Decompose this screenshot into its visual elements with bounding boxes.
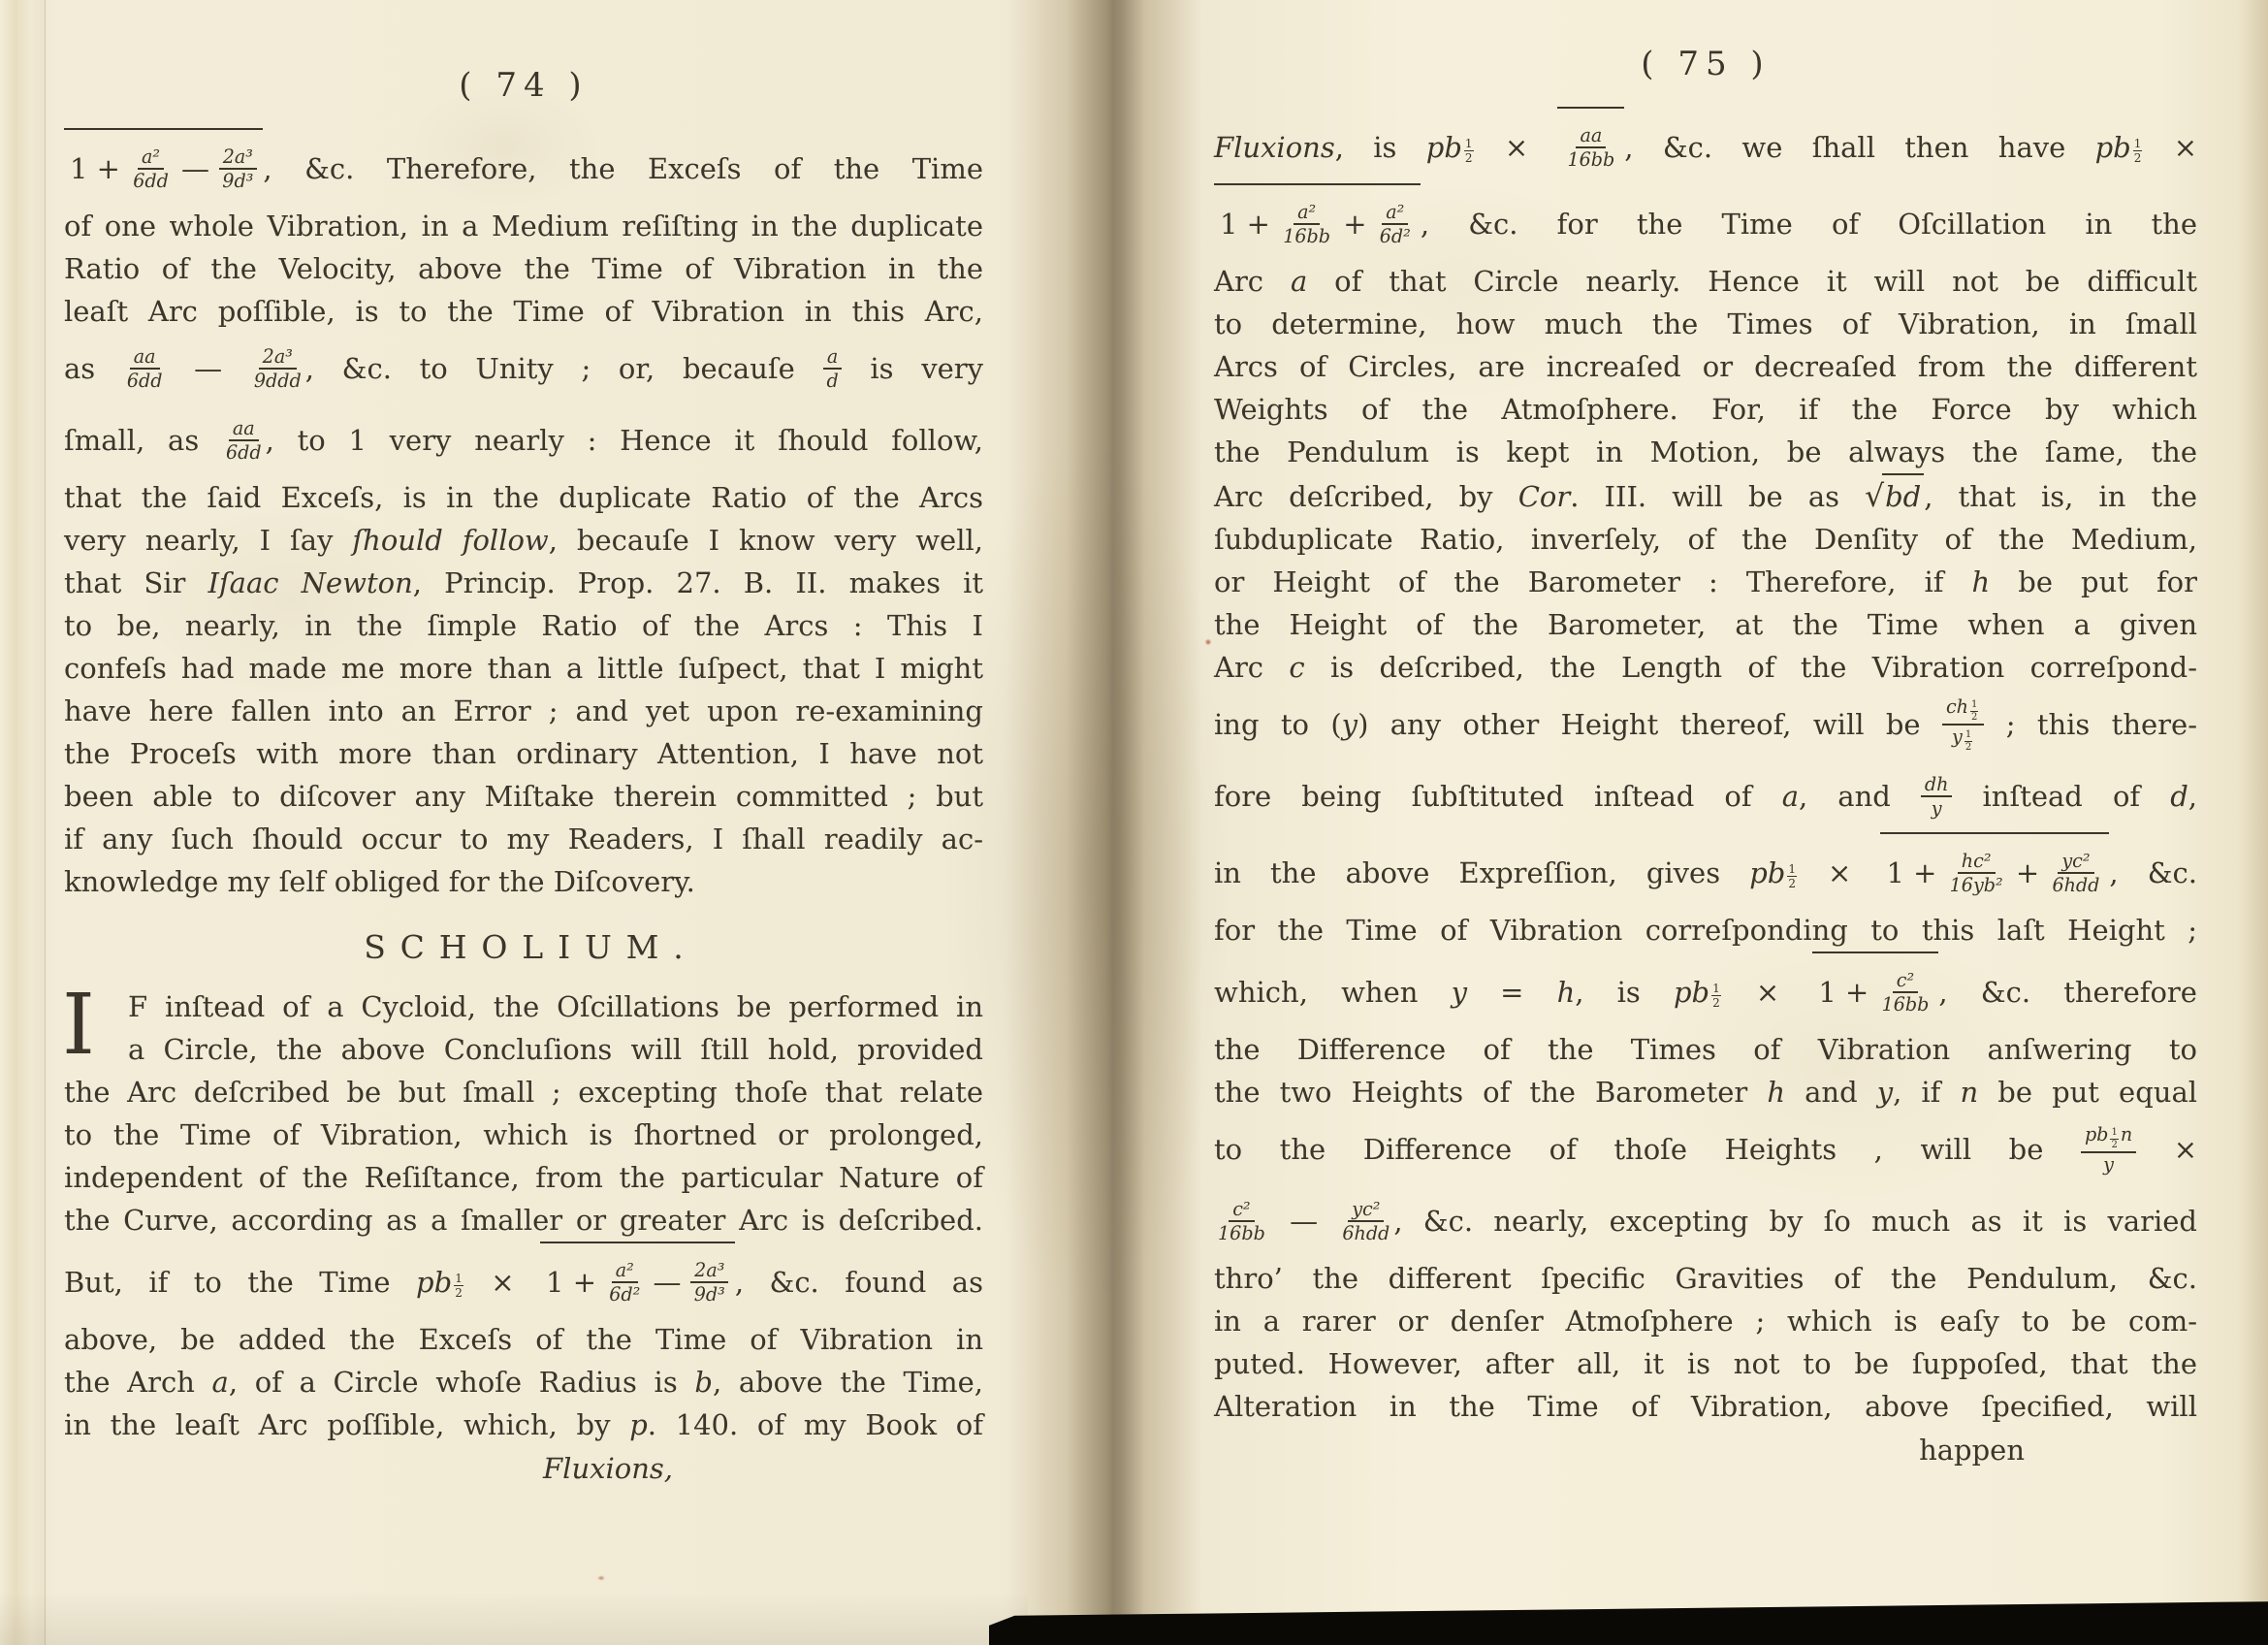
text-line: the Height of the Barometer, at the Time… bbox=[1214, 603, 2197, 646]
text-line: Weights of the Atmoſphere. For, if the F… bbox=[1214, 388, 2197, 431]
catchword-right: happen bbox=[1214, 1428, 2197, 1472]
fraction-denominator: 16bb bbox=[1214, 1222, 1269, 1243]
italic-text: y bbox=[1342, 708, 1358, 741]
overline-group: 1 + c²16bb bbox=[1812, 952, 1938, 1028]
italic-text: 9ddd bbox=[254, 370, 302, 392]
italic-text: Iſaac Newton bbox=[208, 566, 412, 599]
text-span: 1 bbox=[1970, 700, 1978, 712]
text-line: that Sir Iſaac Newton, Princip. Prop. 27… bbox=[64, 562, 983, 604]
text-line: F inſtead of a Cycloid, the Oſcillations… bbox=[64, 985, 983, 1028]
fraction: aa6dd bbox=[123, 346, 167, 392]
text-line: to determine, how much the Times of Vibr… bbox=[1214, 303, 2197, 345]
fraction-numerator: 2a³ bbox=[219, 146, 257, 170]
text-line: to the Time of Vibration, which is ſhort… bbox=[64, 1113, 983, 1156]
italic-text: b bbox=[694, 1366, 713, 1399]
fraction: a²6d² bbox=[605, 1260, 644, 1306]
overline-group: 1 + hc²16yb² + yc²6hdd bbox=[1880, 832, 2109, 909]
fraction: yc²6hdd bbox=[2048, 851, 2103, 896]
text-line: have here fallen into an Error ; and yet… bbox=[64, 690, 983, 732]
italic-text: pb bbox=[2095, 131, 2131, 164]
exponent-one-half: 12 bbox=[2133, 138, 2143, 164]
italic-text: 16bb bbox=[1882, 993, 1930, 1016]
paragraph-main-right: Fluxions, is pb12 × aa16bb, &c. we ſhall… bbox=[1214, 107, 2197, 1428]
fraction: a²6d² bbox=[1376, 202, 1415, 247]
italic-text: 16bb bbox=[1567, 148, 1614, 171]
page-number-right: ( 75 ) bbox=[1214, 45, 2197, 83]
fraction-numerator: 2a³ bbox=[259, 346, 297, 370]
overline-group: aa16bb bbox=[1557, 107, 1624, 183]
italic-text: Cor bbox=[1518, 480, 1571, 513]
italic-text: 6dd bbox=[133, 170, 169, 192]
italic-text: h bbox=[1557, 976, 1576, 1009]
text-line: Arc deſcribed, by Cor. III. will be as √… bbox=[1214, 473, 2197, 518]
fraction-numerator: dh bbox=[1921, 774, 1953, 797]
square-root: √bd bbox=[1865, 480, 1924, 513]
page-74: ( 74 ) 1 + a²6dd — 2a³9d³, &c. Therefore… bbox=[64, 66, 983, 1491]
text-line: ing to (y) any other Height thereof, wil… bbox=[1214, 689, 2197, 760]
fraction-numerator: c² bbox=[1229, 1199, 1254, 1222]
text-line: in the leaſt Arc poſſible, which, by p. … bbox=[64, 1403, 983, 1446]
text-line: a Circle, the above Concluſions will ſti… bbox=[64, 1028, 983, 1071]
italic-text: d bbox=[2170, 780, 2188, 813]
text-span: 1 bbox=[1787, 863, 1797, 877]
text-line: been able to diſcover any Miſtake therei… bbox=[64, 775, 983, 818]
fraction: ad bbox=[822, 346, 842, 392]
italic-text: aa bbox=[134, 345, 156, 368]
fraction-numerator: ch12 bbox=[1942, 696, 1984, 726]
text-line: the Arch a, of a Circle whoſe Radius is … bbox=[64, 1361, 983, 1403]
italic-text: 2a³ bbox=[694, 1259, 724, 1281]
italic-text: h bbox=[1767, 1076, 1785, 1109]
text-line: the Difference of the Times of Vibration… bbox=[1214, 1028, 2197, 1071]
text-line: which, when y = h, is pb12 × 1 + c²16bb,… bbox=[1214, 952, 2197, 1028]
italic-text: y bbox=[1877, 1076, 1893, 1109]
fraction: ch12y12 bbox=[1942, 696, 1984, 753]
italic-text: bd bbox=[1885, 480, 1921, 513]
fraction-denominator: 6dd bbox=[123, 370, 167, 391]
text-line: ſmall, as aa6dd, to 1 very nearly : Henc… bbox=[64, 404, 983, 476]
text-span: 2 bbox=[1971, 712, 1977, 723]
text-span: 2 bbox=[1712, 996, 1720, 1009]
italic-text: pb bbox=[2085, 1123, 2109, 1145]
text-span: 1 bbox=[454, 1273, 463, 1286]
text-line: Alteration in the Time of Vibration, abo… bbox=[1214, 1385, 2197, 1428]
page-number-left: ( 74 ) bbox=[64, 66, 983, 105]
fraction-numerator: hc² bbox=[1958, 851, 1996, 874]
fraction-numerator: a² bbox=[1294, 202, 1320, 225]
italic-text: c² bbox=[1232, 1198, 1250, 1220]
italic-text: y bbox=[2103, 1153, 2114, 1176]
italic-text: yc² bbox=[2061, 850, 2090, 872]
fraction-denominator: 16bb bbox=[1563, 148, 1618, 170]
scholium-lines: F inſtead of a Cycloid, the Oſcillations… bbox=[64, 985, 983, 1446]
italic-text: 16yb² bbox=[1950, 874, 2003, 896]
fraction: hc²16yb² bbox=[1946, 851, 2007, 896]
italic-text: a bbox=[1291, 265, 1307, 298]
fraction-denominator: y12 bbox=[1948, 726, 1978, 753]
fraction: aa16bb bbox=[1563, 125, 1618, 171]
text-span: 1 bbox=[1464, 138, 1474, 151]
italic-text: aa bbox=[233, 417, 255, 439]
italic-text: c bbox=[1289, 651, 1304, 684]
scholium-paragraph: I F inſtead of a Cycloid, the Oſcillatio… bbox=[64, 985, 983, 1446]
italic-text: 6hdd bbox=[1342, 1222, 1390, 1244]
fraction-numerator: c² bbox=[1893, 970, 1918, 993]
text-line: to the Difference of thoſe Heights , wil… bbox=[1214, 1113, 2197, 1185]
catchword-left: Fluxions, bbox=[64, 1446, 983, 1491]
text-span: 2 bbox=[2134, 151, 2142, 164]
italic-text: 2a³ bbox=[263, 345, 293, 368]
scholium-heading: SCHOLIUM. bbox=[64, 928, 983, 966]
italic-text: 9d³ bbox=[694, 1283, 725, 1306]
text-line: Fluxions, is pb12 × aa16bb, &c. we ſhall… bbox=[1214, 107, 2197, 183]
radical-sign: √ bbox=[1865, 479, 1884, 514]
exponent-one-half: 12 bbox=[1464, 138, 1474, 164]
text-line: above, be added the Exceſs of the Time o… bbox=[64, 1318, 983, 1361]
drop-cap: I bbox=[62, 989, 95, 1061]
fraction-denominator: 6dd bbox=[222, 441, 266, 463]
italic-text: 6d² bbox=[1380, 225, 1411, 247]
text-line: 1 + a²6dd — 2a³9d³, &c. Therefore, the E… bbox=[64, 128, 983, 205]
text-line: c²16bb — yc²6hdd, &c. nearly, excepting … bbox=[1214, 1185, 2197, 1257]
text-line: leaſt Arc poſſible, is to the Time of Vi… bbox=[64, 290, 983, 333]
italic-text: pb bbox=[416, 1266, 452, 1299]
italic-text: a bbox=[212, 1366, 229, 1399]
fraction-denominator: 9d³ bbox=[218, 170, 257, 191]
italic-text: 16bb bbox=[1218, 1222, 1265, 1244]
text-line: or Height of the Barometer : Therefore, … bbox=[1214, 561, 2197, 603]
italic-text: ſhould follow bbox=[352, 524, 548, 557]
text-line: confeſs had made me more than a little ſ… bbox=[64, 647, 983, 690]
overline-group: 1 + a²6dd — 2a³9d³ bbox=[64, 128, 263, 205]
text-line: Arc c is deſcribed, the Length of the Vi… bbox=[1214, 646, 2197, 689]
italic-text: y bbox=[1452, 976, 1467, 1009]
fraction-denominator: 9ddd bbox=[250, 370, 305, 391]
italic-text: Fluxions bbox=[1214, 131, 1335, 164]
fraction: 2a³9d³ bbox=[690, 1260, 729, 1306]
fraction-numerator: aa bbox=[229, 418, 259, 441]
fraction-denominator: 16bb bbox=[1878, 993, 1933, 1015]
book-scan: ( 74 ) 1 + a²6dd — 2a³9d³, &c. Therefore… bbox=[0, 0, 2268, 1645]
page-edge-left bbox=[0, 0, 46, 1645]
italic-text: dh bbox=[1925, 773, 1949, 795]
text-line: Arcs of Circles, are increaſed or decrea… bbox=[1214, 345, 2197, 388]
fraction-numerator: a bbox=[823, 346, 842, 370]
text-line: in a rarer or denſer Atmoſphere ; which … bbox=[1214, 1300, 2197, 1342]
fraction-denominator: d bbox=[822, 370, 842, 391]
text-span: 1 bbox=[1965, 730, 1972, 742]
exponent-one-half: 12 bbox=[1965, 730, 1972, 753]
bottom-shadow bbox=[0, 1592, 1028, 1645]
italic-text: y bbox=[1952, 726, 1963, 748]
fraction-denominator: y bbox=[1928, 797, 1946, 819]
italic-text: 16bb bbox=[1283, 225, 1330, 247]
text-line: independent of the Reſiſtance, from the … bbox=[64, 1156, 983, 1199]
fraction: yc²6hdd bbox=[1338, 1199, 1393, 1244]
fraction: dhy bbox=[1921, 774, 1953, 820]
italic-text: 6d² bbox=[609, 1283, 640, 1306]
italic-text: 6dd bbox=[226, 441, 262, 464]
text-line: fore being ſubſtituted inſtead of a, and… bbox=[1214, 760, 2197, 832]
italic-text: p bbox=[629, 1408, 648, 1441]
italic-text: 6dd bbox=[127, 370, 163, 392]
text-line: as aa6dd — 2a³9ddd, &c. to Unity ; or, b… bbox=[64, 333, 983, 404]
fraction-denominator: 6d² bbox=[605, 1283, 644, 1305]
exponent-one-half: 12 bbox=[1711, 983, 1721, 1009]
text-line: knowledge my ſelf obliged for the Diſcov… bbox=[64, 860, 983, 903]
fraction-numerator: pb12n bbox=[2081, 1124, 2136, 1153]
text-line: thro’ the different ſpecific Gravities o… bbox=[1214, 1257, 2197, 1300]
italic-text: a² bbox=[616, 1259, 634, 1281]
text-span: 2 bbox=[1465, 151, 1473, 164]
fraction-denominator: 9d³ bbox=[690, 1283, 729, 1305]
fraction-numerator: aa bbox=[130, 346, 160, 370]
italic-text: a² bbox=[142, 145, 160, 168]
text-line: that the ſaid Exceſs, is in the duplicat… bbox=[64, 476, 983, 519]
fraction-denominator: 6hdd bbox=[2048, 874, 2103, 895]
fraction-numerator: 2a³ bbox=[690, 1260, 728, 1283]
text-span: 2 bbox=[1965, 742, 1971, 753]
italic-text: a² bbox=[1297, 201, 1316, 223]
fraction: a²16bb bbox=[1279, 202, 1334, 247]
fraction-denominator: 16yb² bbox=[1946, 874, 2007, 895]
text-line: the Arc deſcribed be but ſmall ; excepti… bbox=[64, 1071, 983, 1113]
text-line: the two Heights of the Barometer h and y… bbox=[1214, 1071, 2197, 1113]
text-line: for the Time of Vibration correſponding … bbox=[1214, 909, 2197, 952]
text-line: puted. However, after all, it is not to … bbox=[1214, 1342, 2197, 1385]
exponent-one-half: 12 bbox=[1787, 863, 1797, 889]
overline-group: 1 + a²16bb + a²6d² bbox=[1214, 183, 1421, 260]
text-line: 1 + a²16bb + a²6d², &c. for the Time of … bbox=[1214, 183, 2197, 260]
text-line: Ratio of the Velocity, above the Time of… bbox=[64, 247, 983, 290]
text-line: to be, nearly, in the ſimple Ratio of th… bbox=[64, 604, 983, 647]
fraction-denominator: 16bb bbox=[1279, 225, 1334, 246]
italic-text: hc² bbox=[1962, 850, 1992, 872]
text-line: the Pendulum is kept in Motion, be alway… bbox=[1214, 431, 2197, 473]
exponent-one-half: 12 bbox=[1970, 700, 1978, 723]
book-gutter bbox=[1008, 0, 1202, 1645]
italic-text: 6hdd bbox=[2052, 874, 2099, 896]
fraction-denominator: 6dd bbox=[129, 170, 173, 191]
fraction-numerator: a² bbox=[138, 146, 164, 170]
fraction: aa6dd bbox=[222, 418, 266, 464]
text-span: 1 bbox=[1711, 983, 1721, 996]
text-line: the Curve, according as a ſmaller or gre… bbox=[64, 1199, 983, 1242]
fraction: c²16bb bbox=[1214, 1199, 1269, 1244]
fraction-numerator: yc² bbox=[2058, 851, 2093, 874]
italic-text: c² bbox=[1897, 969, 1914, 991]
fraction: 2a³9ddd bbox=[250, 346, 305, 392]
text-line: in the above Expreſſion, gives pb12 × 1 … bbox=[1214, 832, 2197, 909]
italic-text: pb bbox=[1749, 856, 1785, 889]
paragraph-main: 1 + a²6dd — 2a³9d³, &c. Therefore, the E… bbox=[64, 128, 983, 903]
italic-text: h bbox=[1972, 565, 1991, 598]
fraction: 2a³9d³ bbox=[218, 146, 257, 192]
text-line: very nearly, I ſay ſhould follow, becauſ… bbox=[64, 519, 983, 562]
italic-text: aa bbox=[1580, 124, 1602, 146]
italic-text: n bbox=[2121, 1123, 2132, 1145]
page-75: ( 75 ) Fluxions, is pb12 × aa16bb, &c. w… bbox=[1214, 45, 2197, 1472]
italic-text: n bbox=[1961, 1076, 1979, 1109]
fraction-numerator: a² bbox=[1382, 202, 1408, 225]
italic-text: a² bbox=[1386, 201, 1404, 223]
italic-text: pb bbox=[1426, 131, 1462, 164]
italic-text: a bbox=[827, 345, 838, 368]
fraction-numerator: a² bbox=[612, 1260, 638, 1283]
text-line: ſubduplicate Ratio, inverſely, of the De… bbox=[1214, 518, 2197, 561]
italic-text: 2a³ bbox=[223, 145, 253, 168]
italic-text: a bbox=[1782, 780, 1799, 813]
fraction: a²6dd bbox=[129, 146, 173, 192]
fraction-denominator: 6d² bbox=[1376, 225, 1415, 246]
exponent-one-half: 12 bbox=[2110, 1128, 2118, 1150]
fraction-denominator: y bbox=[2099, 1153, 2118, 1175]
fraction-numerator: yc² bbox=[1348, 1199, 1384, 1222]
overline-group: bd bbox=[1882, 473, 1924, 518]
exponent-one-half: 12 bbox=[454, 1273, 463, 1299]
fraction-denominator: 6hdd bbox=[1338, 1222, 1393, 1243]
text-span: 2 bbox=[2111, 1140, 2117, 1150]
italic-text: y bbox=[1932, 797, 1942, 820]
fraction: c²16bb bbox=[1878, 970, 1933, 1016]
fraction: pb12ny bbox=[2081, 1124, 2136, 1175]
text-span: 1 bbox=[2133, 138, 2143, 151]
italic-text: yc² bbox=[1352, 1198, 1380, 1220]
text-line: the Proceſs with more than ordinary Atte… bbox=[64, 732, 983, 775]
text-span: 2 bbox=[455, 1286, 463, 1299]
page-edge-right bbox=[2239, 0, 2268, 1645]
fraction-numerator: aa bbox=[1576, 125, 1606, 148]
italic-text: pb bbox=[1674, 976, 1709, 1009]
text-line: But, if to the Time pb12 × 1 + a²6d² — 2… bbox=[64, 1242, 983, 1318]
italic-text: 9d³ bbox=[222, 170, 253, 192]
italic-text: d bbox=[826, 370, 838, 392]
text-span: 1 bbox=[2110, 1128, 2118, 1140]
text-line: if any ſuch ſhould occur to my Readers, … bbox=[64, 818, 983, 860]
italic-text: ch bbox=[1946, 695, 1968, 718]
overline-group: 1 + a²6d² — 2a³9d³ bbox=[540, 1242, 735, 1318]
text-line: Arc a of that Circle nearly. Hence it wi… bbox=[1214, 260, 2197, 303]
text-span: 2 bbox=[1788, 877, 1796, 889]
text-line: of one whole Vibration, in a Medium reſi… bbox=[64, 205, 983, 247]
